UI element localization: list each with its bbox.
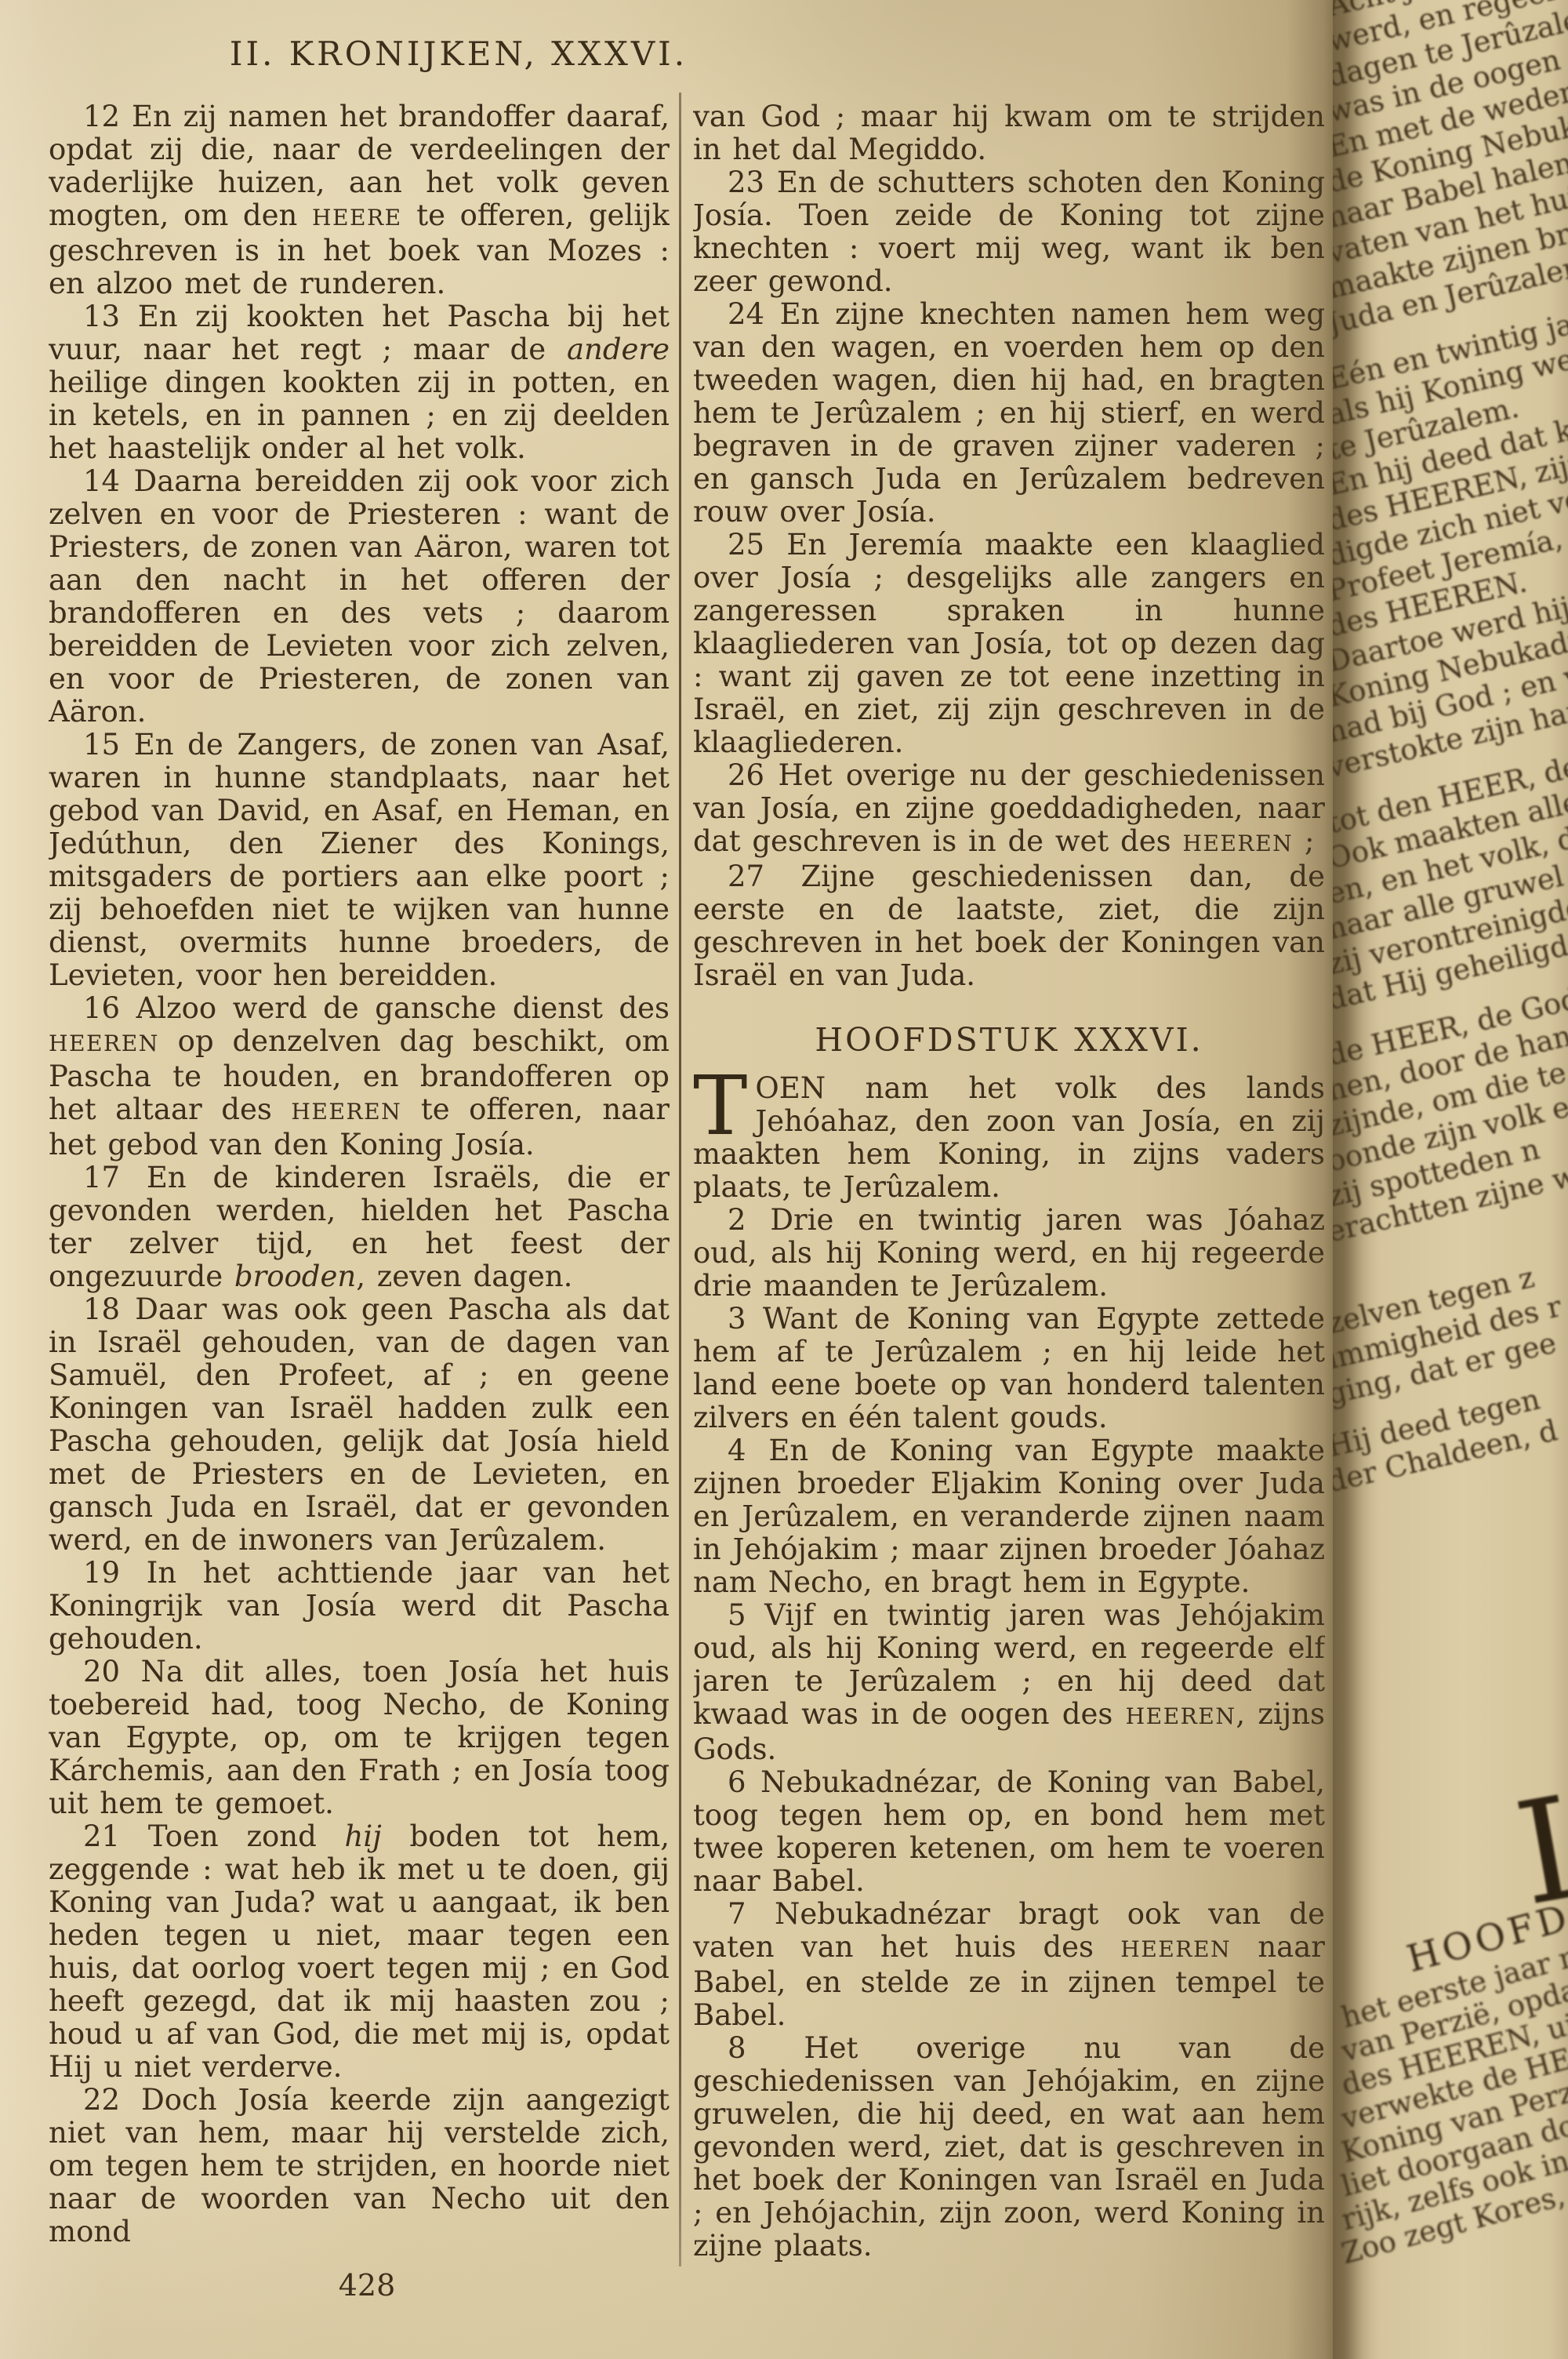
verse: 19 In het achttiende jaar van het Koning… [49,1557,670,1656]
next-page-fragment-group: de HEER, de God huhen, door de handzijnd… [1339,1038,1568,1250]
column-divider [679,93,681,2266]
verse: 25 En Jeremía maakte een klaaglied over … [693,529,1325,759]
verse-number: 21 [83,1819,148,1853]
verse: 24 En zijne knechten namen hem weg van d… [693,298,1325,529]
verse: 4 En de Koning van Egypte maakte zijnen … [693,1434,1325,1599]
verse-number: 27 [728,860,800,893]
verse: 15 En de Zangers, de zonen van Asaf, war… [49,729,670,992]
verse-number: 4 [728,1434,768,1467]
verse-number: 6 [728,1765,760,1799]
verse: 20 Na dit alles, toen Josía het huis toe… [49,1656,670,1820]
verse-number: 2 [728,1203,770,1237]
verse-number: 15 [83,728,134,761]
verse-number: 18 [83,1292,135,1326]
verse-number: 20 [83,1655,141,1688]
verse: van God ; maar hij kwam om te strijden i… [693,100,1325,166]
verse: 27 Zijne geschiedenissen dan, de eerste … [693,860,1325,992]
page-next-partial: Acht jaren was Jehójawerd, en regeerdeda… [1333,0,1568,2359]
next-page-fragment-group: Eén en twintig jareals hij Koning werd,t… [1339,362,1568,786]
verse-number: 17 [83,1161,147,1194]
verse-number: 12 [83,100,132,133]
verse: 18 Daar was ook geen Pascha als dat in I… [49,1293,670,1557]
verse: 22 Doch Josía keerde zijn aangezigt niet… [49,2084,670,2248]
verse-number: 7 [728,1897,775,1931]
verse: 5 Vijf en twintig jaren was Jehójakim ou… [693,1599,1325,1766]
drop-cap: T [693,1072,755,1138]
verse: 13 En zij kookten het Pascha bij het vuu… [49,300,670,465]
verse: 3 Want de Koning van Egypte zettede hem … [693,1303,1325,1434]
next-page-fragment-group: tot den HEER, denOok maakten alleen, en … [1339,806,1568,1018]
verse: 16 Alzoo werd de gansche dienst des HEER… [49,992,670,1161]
verse-number: 19 [83,1556,147,1590]
verse: TOEN nam het volk des lands Jehóahaz, de… [693,1072,1325,1204]
verse-number: 24 [728,297,780,331]
verse-number: 5 [728,1598,764,1632]
verse: 2 Drie en twintig jaren was Jóahaz oud, … [693,1204,1325,1303]
verse: 8 Het overige nu van de geschiedenissen … [693,2032,1325,2263]
page-number: 428 [289,2268,445,2303]
next-page-fragments-top: Acht jaren was Jehójawerd, en regeerdeda… [1339,0,1568,1500]
verse: 21 Toen zond hij boden tot hem, zeggende… [49,1820,670,2084]
verse-number: 26 [728,758,778,792]
book-photo: II. KRONIJKEN, XXXVI. 12 En zij namen he… [0,0,1568,2359]
text-column-left: 12 En zij namen het brandoffer daaraf, o… [49,100,670,2277]
next-page-fragment-group: Hij deed tegender Chaldeen, d [1339,1430,1568,1500]
verse-number: 23 [728,165,777,199]
next-page-fragment-group: Acht jaren was Jehójawerd, en regeerdeda… [1339,0,1568,342]
running-head: II. KRONIJKEN, XXXVI. [102,35,815,73]
verse: 14 Daarna bereidden zij ook voor zich ze… [49,465,670,729]
verse: 26 Het overige nu der geschiedenissen va… [693,759,1325,860]
text-column-right: van God ; maar hij kwam om te strijden i… [693,100,1325,2343]
page-left: II. KRONIJKEN, XXXVI. 12 En zij namen he… [0,0,1341,2359]
verse-number: 25 [728,528,786,562]
verse: 23 En de schutters schoten den Koning Jo… [693,166,1325,298]
verse-number: 16 [83,991,136,1025]
verse-number: 8 [728,2031,804,2065]
verse-number: 13 [83,300,138,333]
chapter-heading: HOOFDSTUK XXXVI. [693,1023,1325,1056]
verse: 7 Nebukadnézar bragt ook van de vaten va… [693,1898,1325,2032]
next-page-bottom-lines: het eerste jaar nu van Kvan Perzië, opda… [1353,2001,1568,2271]
verse-number: 3 [728,1302,763,1336]
verse-number: 22 [83,2083,141,2117]
verse: 6 Nebukadnézar, de Koning van Babel, too… [693,1766,1325,1898]
verse: 17 En de kinderen Israëls, die er gevond… [49,1161,670,1293]
verse-number: 14 [83,464,134,498]
verse: 12 En zij namen het brandoffer daaraf, o… [49,100,670,300]
